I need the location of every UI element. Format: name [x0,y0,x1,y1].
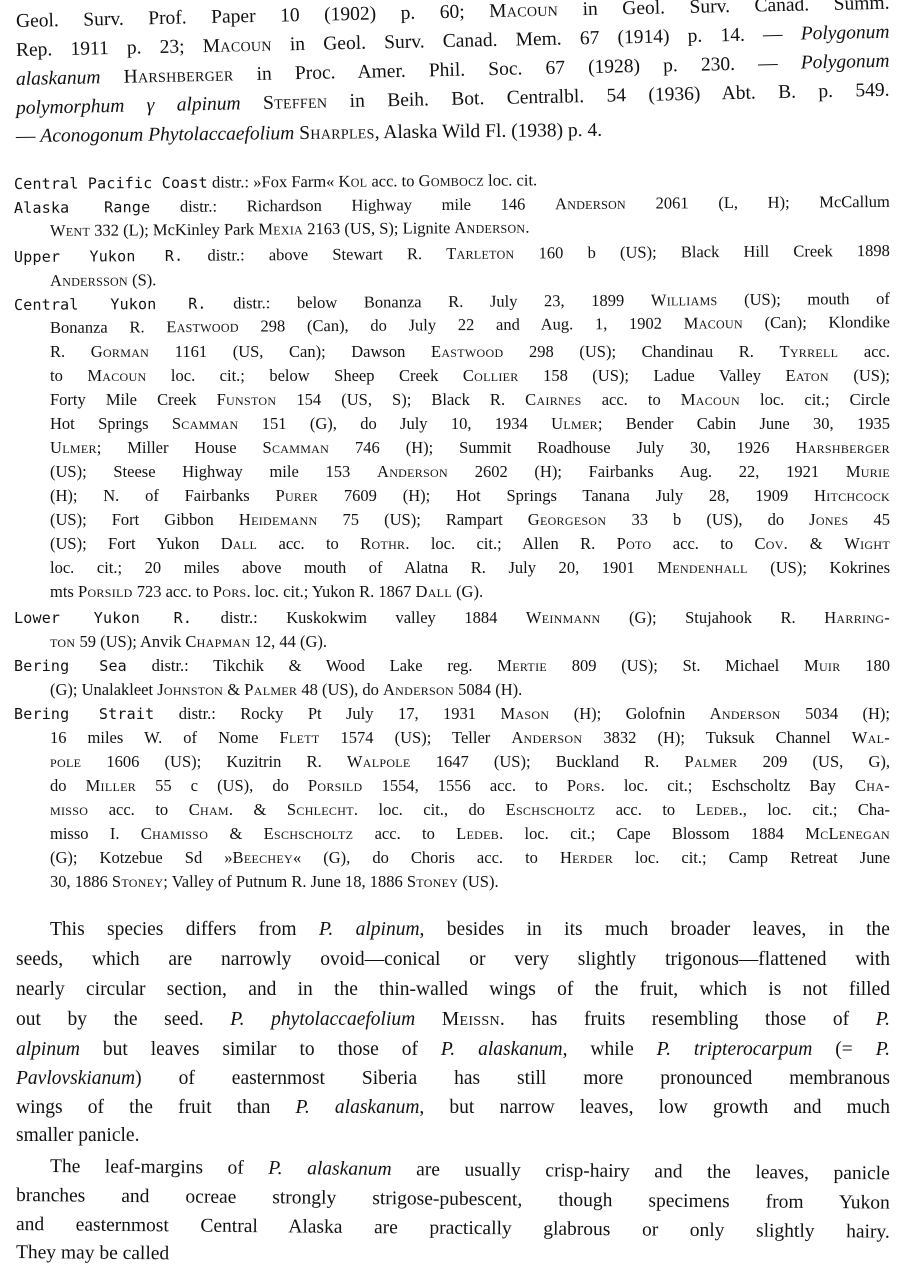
collector-name: Schlecht [287,800,354,819]
text-run: acc. [838,342,890,361]
text-run: loc. cit. [484,170,537,189]
collector-name: Eschscholtz [264,824,354,843]
text-run: loc. cit.; 20 miles above mouth of Alatn… [50,558,657,577]
text-run: but leaves similar to those of [80,1039,441,1060]
text-run [415,1009,442,1030]
taxon-name: alaskanum [16,67,101,90]
collector-name: Sharples [299,122,375,144]
collector-name: Harshberger [123,64,233,87]
district-line: to Macoun loc. cit.; below Sheep Creek C… [50,368,890,385]
text-run: distr.: Tikchik & Wood Lake reg. [127,656,497,675]
text-run: . loc. cit., do [354,800,506,819]
collector-name: Meissn [442,1009,500,1030]
line-content: Central Pacific Coast distr.: »Fox Farm«… [14,170,537,193]
text-run: — [16,126,41,147]
district-heading-line: Bering Sea distr.: Tikchik & Wood Lake r… [14,658,890,675]
paragraph-line: The leaf-margins of P. alaskanum are usu… [50,1157,890,1184]
taxon-name: Pavlovskianum [16,1068,135,1089]
text-run: (H); N. of Fairbanks [50,486,275,505]
line-content: misso I. Chamisso & Eschscholtz acc. to … [50,824,890,843]
district-line: loc. cit.; 20 miles above mouth of Alatn… [50,560,890,577]
line-content: 16 miles W. of Nome Flett 1574 (US); Tel… [50,728,890,747]
paragraph-line: nearly circular section, and in the thin… [16,980,890,1000]
line-content: The leaf-margins of P. alaskanum are usu… [50,1156,890,1184]
collector-name: Andersson [50,270,128,290]
taxon-name: P. alpinum [319,919,420,940]
collector-name: Eastwood [431,342,503,361]
text-run: acc. to [651,534,754,553]
collector-name: ton [50,632,75,651]
collector-name: Rothr [360,534,405,553]
district-line: (G); Unalakleet Johnston & Palmer 48 (US… [50,682,522,699]
line-content: and easternmost Central Alaska are pract… [16,1214,890,1243]
collector-name: Macoun [203,35,272,57]
district-line: (H); N. of Fairbanks Purer 7609 (H); Hot… [50,488,890,505]
text-run: R. [50,342,91,361]
collector-name: Palmer [244,680,297,699]
text-run: (Can); Klondike [743,312,890,332]
text-run: . loc. cit.; Yukon R. 1867 [247,582,416,601]
line-content: Bering Strait distr.: Rocky Pt July 17, … [14,704,890,723]
text-run: mts [50,582,78,601]
collector-name: Ledeb [456,824,499,843]
collector-name: Eastwood [166,317,239,337]
text-run: do [50,776,86,795]
text-run: misso I. [50,824,141,843]
text-run: ; Bender Cabin June 30, 1935 [598,414,890,433]
text-run: (S). [128,270,157,289]
collector-name: Tarleton [446,244,514,263]
district-line: Bonanza R. Eastwood 298 (Can), do July 2… [50,314,890,336]
text-run: 158 (US); Ladue Valley [519,366,786,385]
paragraph-line: Pavlovskianum) of easternmost Siberia ha… [16,1069,890,1089]
text-run: 33 b (US), do [606,510,809,529]
line-content: alpinum but leaves similar to those of P… [16,1039,890,1060]
line-content: Bonanza R. Eastwood 298 (Can), do July 2… [50,312,890,337]
taxon-name: P. [876,1009,890,1030]
paragraph-line: They may be called [16,1243,169,1264]
line-content: Upper Yukon R. distr.: above Stewart R. … [14,241,890,266]
district-line: Went 332 (L); McKinley Park Mexia 2163 (… [50,220,530,240]
line-content: Andersson (S). [50,270,157,290]
taxon-name: alpinum [16,1039,80,1060]
district-line: mts Porsild 723 acc. to Pors. loc. cit.;… [50,584,483,601]
line-content: (US); Fort Gibbon Heidemann 75 (US); Ram… [50,510,890,529]
taxon-name: Polygonum [800,22,889,45]
collector-name: Harring- [824,608,890,627]
collector-name: Funston [217,390,277,409]
text-run: . loc. cit.; Allen R. [405,534,616,553]
text-run: (US); Fort Yukon [50,534,221,553]
collector-name: Mason [500,704,549,723]
text-run: in Beih. Bot. Centralbl. 54 (1936) Abt. … [327,80,890,113]
text-run: (G); Stujahook R. [601,608,825,627]
collector-name: Cov. & Wight [754,534,890,553]
collector-name: Harshberger [795,438,890,457]
collector-name: Johnston [157,680,223,699]
line-content: out by the seed. P. phytolaccaefolium Me… [16,1009,890,1030]
text-run: (US); mouth of [717,289,890,309]
collector-name: Anderson [710,704,781,723]
collector-name: Stoney [112,872,163,891]
line-content: (US); Steese Highway mile 153 Anderson 2… [50,462,890,481]
paragraph-line: smaller panicle. [16,1126,139,1146]
collector-name: Georgeson [528,510,607,529]
district-line: Andersson (S). [50,272,157,289]
text-run: acc. to [582,390,681,409]
text-run: in Geol. Surv. Canad. Summ. [558,0,890,21]
text-run: . [525,218,529,237]
text-run: 45 [848,510,890,529]
text-run: & [223,680,244,699]
district-line: (US); Fort Yukon Dall acc. to Rothr. loc… [50,536,890,553]
district-heading-line: Central Yukon R. distr.: below Bonanza R… [14,291,890,314]
text-run: Bonanza R. [50,317,166,337]
line-content: seeds, which are narrowly ovoid—conical … [16,949,890,970]
district-heading-line: Bering Strait distr.: Rocky Pt July 17, … [14,706,890,723]
collector-name: Ledeb [696,800,739,819]
collector-name: Herder [560,848,613,867]
collector-name: Gombocz [419,171,484,190]
collector-name: Mendenhall [657,558,747,577]
document-page: Geol. Surv. Prof. Paper 10 (1902) p. 60;… [0,0,900,1273]
text-run: They may be called [16,1242,169,1264]
text-run: smaller panicle. [16,1125,139,1146]
collector-name: Chapman [185,632,250,651]
district-line: ton 59 (US); Anvik Chapman 12, 44 (G). [50,634,327,651]
text-run: & [208,824,263,843]
text-run: distr.: below Bonanza R. July 23, 1899 [207,291,651,313]
collector-name: Kol [338,172,367,191]
collector-name: Beechey [233,848,293,867]
line-content: wings of the fruit than P. alaskanum, bu… [16,1097,890,1118]
text-run: Hot Springs [50,414,172,433]
collector-name: Walpole [347,752,411,771]
text-run: wings of the fruit than [16,1097,296,1118]
text-run: (US); Steese Highway mile 153 [50,462,377,481]
district-name: Upper Yukon R. [14,247,183,266]
collector-name: Eschscholtz [506,800,596,819]
text-run: 2602 (H); Fairbanks Aug. 22, 1921 [448,462,846,481]
text-run: Forty Mile Creek [50,390,217,409]
text-run: 2163 (US, S); Lignite [303,218,454,238]
collector-name: Anderson [377,462,448,481]
collector-name: Eaton [785,366,828,385]
text-run: (= [812,1039,875,1060]
line-content: pole 1606 (US); Kuzitrin R. Walpole 1647… [50,752,890,771]
line-content: ton 59 (US); Anvik Chapman 12, 44 (G). [50,632,327,651]
text-run: , but narrow leaves, low growth and much [419,1097,890,1118]
taxon-name: P. alaskanum [441,1039,563,1060]
district-line: (US); Fort Gibbon Heidemann 75 (US); Ram… [50,512,890,529]
text-run: 16 miles W. of Nome [50,728,280,747]
text-run: 30, 1886 [50,872,112,891]
text-run [100,67,124,88]
text-run: (G); Unalakleet [50,680,157,699]
text-run: , besides in its much broader leaves, in… [420,919,890,940]
collector-name: pole [50,752,81,771]
text-run: 746 (H); Summit Roadhouse July 30, 1926 [329,438,795,457]
district-line: 16 miles W. of Nome Flett 1574 (US); Tel… [50,730,890,747]
collector-name: Ulmer [551,414,598,433]
text-run: acc. to [595,800,696,819]
district-heading-line: Upper Yukon R. distr.: above Stewart R. … [14,243,890,266]
text-run: distr.: »Fox Farm« [208,172,339,192]
paragraph-line: branches and ocreae strongly strigose-pu… [16,1186,890,1213]
text-run: 1161 (US, Can); Dawson [149,342,431,361]
line-content: Alaska Range distr.: Richardson Highway … [14,192,890,217]
district-line: (G); Kotzebue Sd »Beechey« (G), do Chori… [50,850,890,867]
line-content: Ulmer; Miller House Scamman 746 (H); Sum… [50,438,890,457]
collector-name: Anderson [555,194,626,213]
line-content: branches and ocreae strongly strigose-pu… [16,1185,890,1214]
text-run: . loc. cit.; Eschscholtz Bay [601,776,855,795]
text-run: (G). [452,582,483,601]
line-content: (H); N. of Fairbanks Purer 7609 (H); Hot… [50,486,890,505]
line-content: do Miller 55 c (US), do Porsild 1554, 15… [50,776,890,795]
collector-name: Dall [415,582,451,601]
collector-name: Cairnes [525,390,581,409]
text-run: . loc. cit.; Cape Blossom 1884 [499,824,805,843]
collector-name: Poto [617,534,652,553]
paragraph-line: out by the seed. P. phytolaccaefolium Me… [16,1010,890,1030]
collector-name: Hitchcock [814,486,890,505]
text-run: 209 (US, G), [737,752,890,771]
text-run: Rep. 1911 p. 23; [16,36,203,61]
collector-name: Muir [804,656,841,675]
line-content: — Aconogonum Phytolaccaefolium Sharples,… [16,120,602,147]
text-run: 75 (US); Rampart [317,510,527,529]
text-run: 55 c (US), do [136,776,308,795]
collector-name: Tyrrell [779,342,838,361]
text-run: , while [563,1039,657,1060]
district-line: Hot Springs Scamman 151 (G), do July 10,… [50,416,890,433]
text-run: ; Miller House [97,438,263,457]
text-run: 154 (US, S); Black R. [276,390,525,409]
collector-name: Cha- [855,776,890,795]
collector-name: Purer [275,486,318,505]
district-name: Central Yukon R. [14,295,207,314]
text-run: 723 acc. to [133,582,213,601]
paragraph-line: wings of the fruit than P. alaskanum, bu… [16,1098,890,1118]
text-run: distr.: Kuskokwim valley 1884 [192,608,526,627]
district-line: misso acc. to Cham. & Schlecht. loc. cit… [50,802,890,819]
collector-name: Anderson [383,680,454,699]
district-line: Ulmer; Miller House Scamman 746 (H); Sum… [50,440,890,457]
synonymy-line: — Aconogonum Phytolaccaefolium Sharples,… [16,121,602,147]
text-run: 1574 (US); Teller [320,728,512,747]
text-run: . & [229,800,287,819]
text-run: (H); Golofnin [549,704,709,723]
text-run: (US). [458,872,498,891]
text-run: in Proc. Amer. Phil. Soc. 67 (1928) p. 2… [233,53,801,86]
collector-name: Ulmer [50,438,97,457]
text-run: 809 (US); St. Michael [547,656,804,675]
line-content: Went 332 (L); McKinley Park Mexia 2163 (… [50,218,530,240]
line-content: to Macoun loc. cit.; below Sheep Creek C… [50,366,890,385]
text-run: distr.: Rocky Pt July 17, 1931 [154,704,500,723]
collector-name: Anderson [511,728,582,747]
collector-name: Macoun [684,313,743,332]
district-heading-line: Lower Yukon R. distr.: Kuskokwim valley … [14,610,890,627]
line-content: loc. cit.; 20 miles above mouth of Alatn… [50,558,890,577]
line-content: (G); Unalakleet Johnston & Palmer 48 (US… [50,680,522,699]
text-run: 180 [841,656,890,675]
district-line: misso I. Chamisso & Eschscholtz acc. to … [50,826,890,843]
collector-name: Went [50,221,90,240]
collector-name: Chamisso [141,824,208,843]
collector-name: misso [50,800,88,819]
taxon-name: polymorphum γ alpinum [16,93,241,119]
collector-name: Porsild [308,776,363,795]
collector-name: Dall [221,534,257,553]
line-content: Forty Mile Creek Funston 154 (US, S); Bl… [50,390,890,409]
collector-name: Murie [846,462,890,481]
taxon-name: P. tripterocarpum [657,1039,813,1060]
paragraph-line: This species differs from P. alpinum, be… [50,920,890,940]
collector-name: Scamman [263,438,330,457]
text-run: 12, 44 (G). [251,632,328,651]
text-run: distr.: Richardson Highway mile 146 [150,194,555,216]
collector-name: Weinmann [526,608,601,627]
district-line: Forty Mile Creek Funston 154 (US, S); Bl… [50,392,890,409]
collector-name: Wal- [852,728,890,747]
taxon-name: P. [876,1039,890,1060]
text-run: 48 (US), do [297,680,383,699]
text-run: 5084 (H). [454,680,522,699]
line-content: R. Gorman 1161 (US, Can); Dawson Eastwoo… [50,342,890,361]
paragraph-line: alpinum but leaves similar to those of P… [16,1040,890,1060]
text-run: seeds, which are narrowly ovoid—conical … [16,949,890,970]
line-content: They may be called [16,1242,169,1264]
text-run: 5034 (H); [781,704,890,723]
collector-name: Williams [651,290,718,309]
text-run: acc. to [257,534,360,553]
collector-name: Collier [463,366,519,385]
collector-name: Miller [86,776,136,795]
text-run: loc. cit.; below Sheep Creek [146,366,462,385]
text-run: . has fruits resembling those of [500,1009,876,1030]
text-run: 1647 (US); Buckland R. [411,752,685,771]
district-line: R. Gorman 1161 (US, Can); Dawson Eastwoo… [50,344,890,361]
line-content: mts Porsild 723 acc. to Pors. loc. cit.;… [50,582,483,601]
line-content: nearly circular section, and in the thin… [16,979,890,1000]
collector-name: Porsild [78,582,133,601]
text-run: 1606 (US); Kuzitrin R. [81,752,347,771]
text-run: ) of easternmost Siberia has still more … [135,1068,890,1089]
district-line: (US); Steese Highway mile 153 Anderson 2… [50,464,890,481]
taxon-name: Aconogonum Phytolaccaefolium [40,123,294,147]
line-content: Lower Yukon R. distr.: Kuskokwim valley … [14,608,890,627]
text-run: out by the seed. [16,1009,230,1030]
text-run: (US); Kokrines [748,558,890,577]
collector-name: Steffen [263,91,328,113]
collector-name: Palmer [684,752,737,771]
district-line: do Miller 55 c (US), do Porsild 1554, 15… [50,778,890,795]
taxon-name: P. alaskanum [268,1158,391,1180]
text-run: This species differs from [50,919,319,940]
text-run: 298 (Can), do July 22 and Aug. 1, 1902 [239,314,684,336]
text-run: loc. cit.; Camp Retreat June [613,848,890,867]
text-run: 298 (US); Chandinau R. [503,342,779,361]
text-run: 1554, 1556 acc. to [363,776,567,795]
collector-name: Mexia [258,219,303,238]
collector-name: Jones [809,510,848,529]
text-run: (US); [829,366,890,385]
line-content: smaller panicle. [16,1125,139,1146]
district-name: Lower Yukon R. [14,609,192,627]
collector-name: McLenegan [805,824,890,843]
line-content: Pavlovskianum) of easternmost Siberia ha… [16,1068,890,1089]
collector-name: Heidemann [239,510,318,529]
text-run: 160 b (US); Black Hill Creek 1898 [514,241,890,263]
collector-name: Mertie [497,656,547,675]
text-run: acc. to [88,800,189,819]
collector-name: Macoun [489,0,558,22]
district-name: Bering Sea [14,657,127,675]
district-name: Bering Strait [14,705,154,723]
text-run: 59 (US); Anvik [75,632,185,651]
line-content: This species differs from P. alpinum, be… [50,919,890,940]
collector-name: Macoun [87,366,146,385]
text-run: acc. to [353,824,456,843]
text-run: distr.: above Stewart R. [183,244,446,265]
line-content: 30, 1886 Stoney; Valley of Putnum R. Jun… [50,872,499,891]
district-heading-line: Alaska Range distr.: Richardson Highway … [14,194,890,217]
paragraph-line: seeds, which are narrowly ovoid—conical … [16,950,890,970]
line-content: (G); Kotzebue Sd »Beechey« (G), do Chori… [50,848,890,867]
text-run: 332 (L); McKinley Park [90,220,258,240]
text-run: 2061 (L, H); McCallum [626,192,890,213]
district-name: Alaska Range [14,198,150,217]
text-run: 151 (G), do July 10, 1934 [238,414,551,433]
district-heading-line: Central Pacific Coast distr.: »Fox Farm«… [14,172,537,192]
collector-name: Stoney [407,872,458,891]
collector-name: Pors [213,582,247,601]
collector-name: Gorman [91,342,149,361]
text-run: (G); Kotzebue Sd » [50,848,233,867]
district-line: 30, 1886 Stoney; Valley of Putnum R. Jun… [50,874,499,891]
collector-name: Anderson [454,218,525,237]
line-content: Bering Sea distr.: Tikchik & Wood Lake r… [14,656,890,675]
text-run: (US); Fort Gibbon [50,510,239,529]
line-content: (US); Fort Yukon Dall acc. to Rothr. loc… [50,534,890,553]
line-content: Hot Springs Scamman 151 (G), do July 10,… [50,414,890,433]
paragraph-line: and easternmost Central Alaska are pract… [16,1215,890,1242]
taxon-name: Polygonum [800,51,889,74]
text-run: ; Valley of Putnum R. June 18, 1886 [163,872,407,891]
text-run: and easternmost Central Alaska are pract… [16,1214,890,1243]
line-content: Central Yukon R. distr.: below Bonanza R… [14,289,890,314]
collector-name: Macoun [681,390,740,409]
district-name: Central Pacific Coast [14,174,208,193]
collector-name: Scamman [172,414,239,433]
line-content: misso acc. to Cham. & Schlecht. loc. cit… [50,800,890,819]
text-run: The leaf-margins of [50,1156,269,1179]
taxon-name: P. alaskanum [296,1097,420,1118]
text-run: loc. cit.; Circle [740,390,890,409]
text-run: « (G), do Choris acc. to [293,848,560,867]
text-run: ., loc. cit.; Cha- [739,800,890,819]
text-run: Geol. Surv. Prof. Paper 10 (1902) p. 60; [16,1,490,32]
taxon-name: P. phytolaccaefolium [230,1009,415,1030]
text-run: are usually crisp-hairy and the leaves, … [392,1159,890,1184]
text-run: acc. to [367,171,418,190]
text-run: 7609 (H); Hot Springs Tanana July 28, 19… [318,486,814,505]
district-line: pole 1606 (US); Kuzitrin R. Walpole 1647… [50,754,890,771]
text-run: in Geol. Surv. Canad. Mem. 67 (1914) p. … [271,24,800,56]
text-run: to [50,366,87,385]
